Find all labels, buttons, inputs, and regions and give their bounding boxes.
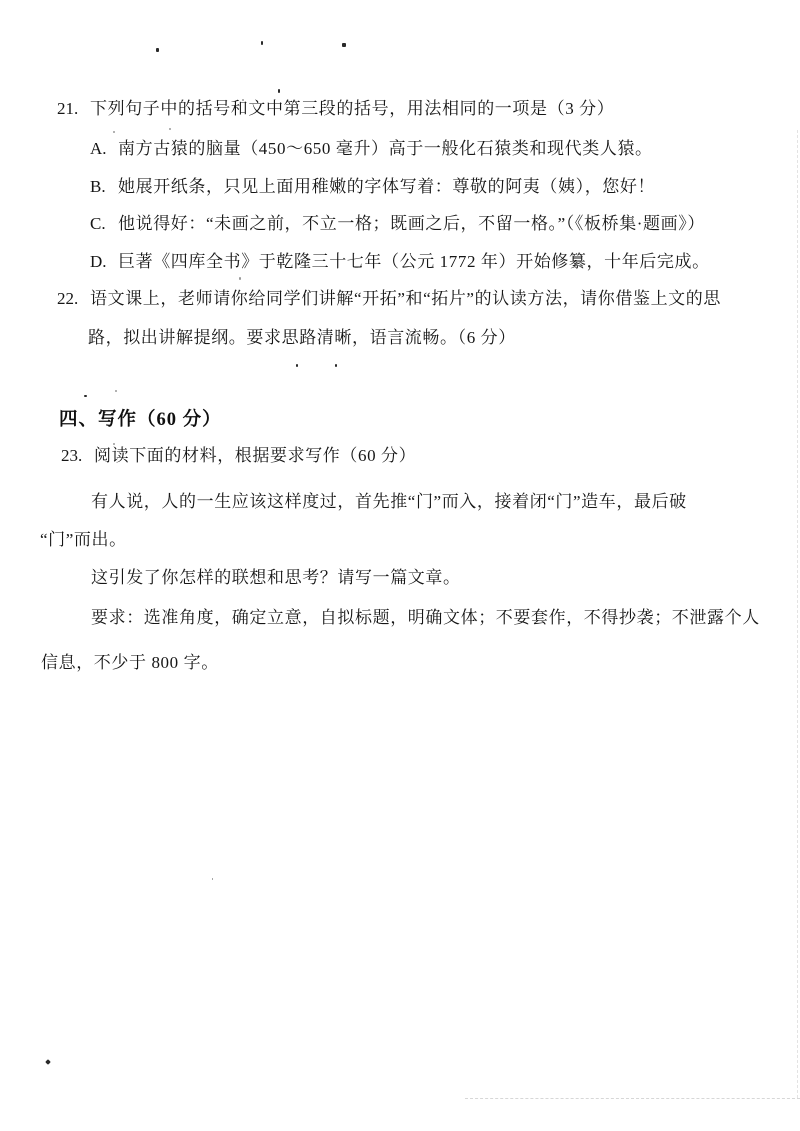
scan-speck bbox=[113, 131, 115, 133]
section-4-title-text: 四、写作（60 分） bbox=[59, 410, 222, 430]
q23-para5-text: 信息，不少于 800 字。 bbox=[41, 653, 219, 672]
q22-number: 22. bbox=[57, 289, 90, 309]
q21-option-c-text: 他说得好：“未画之前，不立一格；既画之后，不留一格。”（《板桥集·题画》） bbox=[118, 214, 705, 233]
scan-speck bbox=[342, 43, 346, 47]
scan-speck bbox=[169, 128, 171, 130]
q23-requirements-line1: 要求：选准角度，确定立意，自拟标题，明确文体；不要套作，不得抄袭；不泄露个人 bbox=[91, 608, 760, 628]
scan-speck bbox=[261, 41, 263, 45]
scan-speck bbox=[278, 89, 280, 93]
q23-number: 23. bbox=[61, 446, 94, 466]
q23-material-line1: 有人说，人的一生应该这样度过，首先推“门”而入，接着闭“门”造车，最后破 bbox=[91, 492, 687, 512]
scan-edge-line-horizontal bbox=[465, 1098, 800, 1099]
q23-material-line2: “门”而出。 bbox=[40, 530, 127, 550]
q21-option-c: C.他说得好：“未画之前，不立一格；既画之后，不留一格。”（《板桥集·题画》） bbox=[90, 214, 705, 234]
q21-option-a-text: 南方古猿的脑量（450～650 毫升）高于一般化石猿类和现代类人猿。 bbox=[118, 139, 653, 158]
q23-para4-text: 要求：选准角度，确定立意，自拟标题，明确文体；不要套作，不得抄袭；不泄露个人 bbox=[91, 608, 760, 627]
section-4-title: 四、写作（60 分） bbox=[59, 410, 222, 430]
q21-option-d: D.巨著《四库全书》于乾隆三十七年（公元 1772 年）开始修纂，十年后完成。 bbox=[90, 252, 710, 272]
scan-speck bbox=[156, 48, 159, 52]
scan-speck bbox=[212, 878, 213, 880]
q23-para3-text: 这引发了你怎样的联想和思考？请写一篇文章。 bbox=[91, 568, 461, 587]
q23-stem-line: 23.阅读下面的材料，根据要求写作（60 分） bbox=[61, 446, 416, 466]
q22-line2-text: 路，拟出讲解提纲。要求思路清晰，语言流畅。（6 分） bbox=[88, 328, 516, 347]
exam-paper-page: 21.下列句子中的括号和文中第三段的括号，用法相同的一项是（3 分） A.南方古… bbox=[0, 0, 800, 1131]
scan-speck bbox=[113, 443, 115, 445]
q21-stem-text: 下列句子中的括号和文中第三段的括号，用法相同的一项是（3 分） bbox=[90, 99, 614, 118]
q23-stem-text: 阅读下面的材料，根据要求写作（60 分） bbox=[94, 446, 416, 465]
q23-para1-text: 有人说，人的一生应该这样度过，首先推“门”而入，接着闭“门”造车，最后破 bbox=[91, 492, 687, 511]
q23-requirements-line2: 信息，不少于 800 字。 bbox=[41, 653, 219, 673]
q21-option-a: A.南方古猿的脑量（450～650 毫升）高于一般化石猿类和现代类人猿。 bbox=[90, 139, 653, 159]
scan-speck bbox=[242, 99, 244, 101]
q21-stem-line: 21.下列句子中的括号和文中第三段的括号，用法相同的一项是（3 分） bbox=[57, 99, 614, 119]
q21-option-c-label: C. bbox=[90, 214, 118, 234]
q22-line1-text: 语文课上，老师请你给同学们讲解“开拓”和“拓片”的认读方法，请你借鉴上文的思 bbox=[90, 289, 721, 308]
q23-prompt-line: 这引发了你怎样的联想和思考？请写一篇文章。 bbox=[91, 568, 461, 588]
q21-option-b-text: 她展开纸条，只见上面用稚嫩的字体写着：尊敬的阿夷（姨），您好！ bbox=[118, 177, 655, 196]
scan-speck bbox=[239, 277, 241, 280]
scan-speck bbox=[296, 364, 298, 367]
q21-option-a-label: A. bbox=[90, 139, 118, 159]
q23-para2-text: “门”而出。 bbox=[40, 530, 127, 549]
scan-speck bbox=[115, 390, 117, 392]
q21-option-b-label: B. bbox=[90, 177, 118, 197]
q21-number: 21. bbox=[57, 99, 90, 119]
q21-option-d-text: 巨著《四库全书》于乾隆三十七年（公元 1772 年）开始修纂，十年后完成。 bbox=[118, 252, 710, 271]
q21-option-d-label: D. bbox=[90, 252, 118, 272]
q21-option-b: B.她展开纸条，只见上面用稚嫩的字体写着：尊敬的阿夷（姨），您好！ bbox=[90, 177, 655, 197]
q22-line1: 22.语文课上，老师请你给同学们讲解“开拓”和“拓片”的认读方法，请你借鉴上文的… bbox=[57, 289, 721, 309]
scan-edge-line-vertical bbox=[797, 130, 798, 1098]
scan-speck bbox=[335, 364, 337, 367]
scan-speck bbox=[45, 1059, 51, 1065]
q22-line2: 路，拟出讲解提纲。要求思路清晰，语言流畅。（6 分） bbox=[88, 328, 516, 348]
scan-speck bbox=[84, 395, 87, 397]
